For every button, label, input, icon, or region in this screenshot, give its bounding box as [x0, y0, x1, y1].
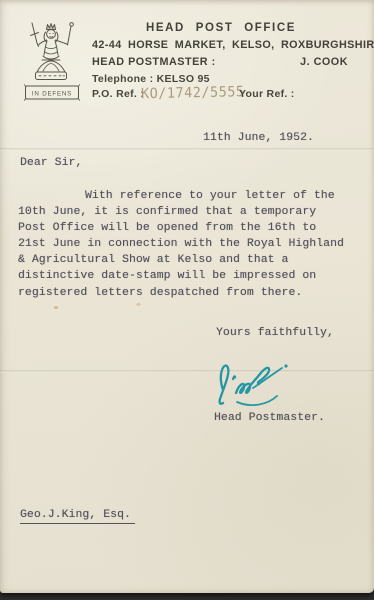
body-line: 21st June in connection with the Royal H…: [18, 236, 358, 252]
fold-crease-top: [0, 148, 374, 151]
postmaster-label: HEAD POSTMASTER :: [92, 56, 216, 68]
body-line: & Agricultural Show at Kelso and that a: [18, 252, 358, 268]
your-ref-label: Your Ref. :: [239, 88, 295, 100]
body-line: distinctive date-stamp will be impressed…: [18, 268, 358, 284]
body-line: registered letters despatched from there…: [18, 285, 358, 301]
fold-crease-bottom: [0, 370, 374, 373]
paper-speck: [136, 303, 141, 306]
po-ref-stamp: KO/1742/5555: [141, 84, 245, 103]
postmaster-name: J. COOK: [300, 56, 348, 68]
address-line: 42-44 HORSE MARKET, KELSO, ROXBURGHSHIRE: [92, 39, 350, 51]
po-ref-label: P.O. Ref. :: [92, 88, 144, 100]
letter-paper: IN DEFENS HEAD POST OFFICE 42-44 HORSE M…: [0, 0, 374, 593]
addressee-name: Geo.J.King, Esq.: [20, 509, 135, 524]
body-line: With reference to your letter of the: [18, 188, 358, 204]
reference-row: P.O. Ref. : KO/1742/5555 Your Ref. :: [92, 88, 350, 106]
office-title: HEAD POST OFFICE: [92, 22, 350, 34]
crest-motto: IN DEFENS: [32, 91, 72, 98]
signer-title: Head Postmaster.: [214, 412, 325, 424]
body-line: 10th June, it is confirmed that a tempor…: [18, 204, 358, 220]
letter-scan: IN DEFENS HEAD POST OFFICE 42-44 HORSE M…: [0, 0, 374, 600]
telephone-line: Telephone : KELSO 95: [92, 73, 210, 85]
letterhead: HEAD POST OFFICE 42-44 HORSE MARKET, KEL…: [92, 22, 350, 106]
paper-speck: [54, 306, 58, 309]
postmaster-signature-icon: [209, 357, 301, 411]
body-line: Post Office will be opened from the 16th…: [18, 220, 358, 236]
scottish-lion-crest-icon: IN DEFENS: [24, 20, 80, 102]
salutation: Dear Sir,: [20, 157, 82, 169]
body-paragraph: With reference to your letter of the 10t…: [18, 188, 358, 301]
letter-date: 11th June, 1952.: [203, 132, 314, 144]
closing-phrase: Yours faithfully,: [216, 327, 334, 339]
postmaster-row: HEAD POSTMASTER : J. COOK: [92, 56, 348, 68]
